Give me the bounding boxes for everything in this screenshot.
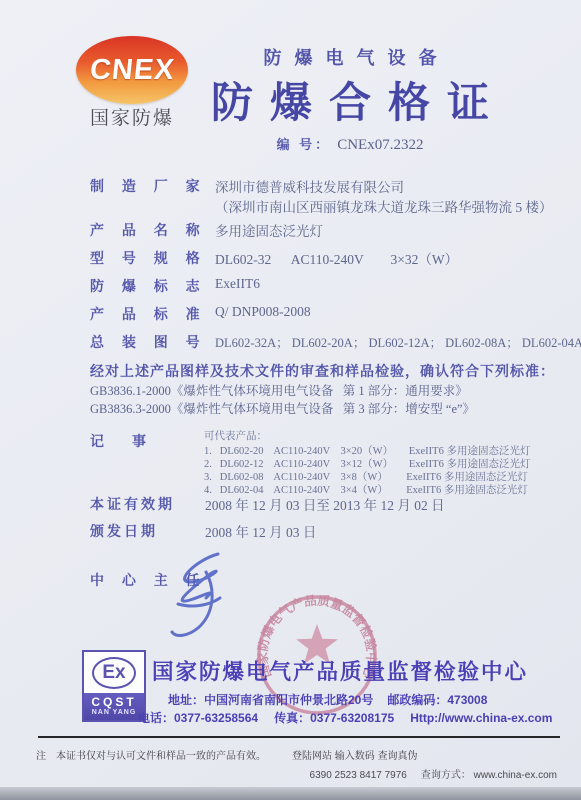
certificate-number-row: 编 号：CNEx07.2322 <box>175 134 525 154</box>
standards-intro: 经对上述产品图样及技术文件的审查和样品检验，确认符合下列标准： <box>90 361 555 381</box>
website-text: Http://www.china-ex.com <box>410 711 552 725</box>
model-spec-label: 型 号 规 格 <box>90 248 207 268</box>
nanyang-text: NAN YANG <box>92 708 137 717</box>
product-standard-value: Q/ DNP008-2008 <box>215 304 311 320</box>
certificate-page: CNEX 国家防爆 防爆电气设备 防爆合格证 编 号：CNEx07.2322 制… <box>0 0 581 800</box>
verification-code-row: 6390 2523 8417 7976查询方式： www.china-ex.co… <box>296 766 557 781</box>
cnex-logo-text: CNEX <box>88 54 176 87</box>
address-text: 地址：中国河南省南阳市仲景北路20号 <box>168 693 373 707</box>
address-row: 地址：中国河南省南阳市仲景北路20号邮政编码：473008 <box>168 691 501 708</box>
ex-marking-label: 防 爆 标 志 <box>90 276 207 296</box>
inspection-center-name: 国家防爆电气产品质量监督检验中心 <box>152 655 562 686</box>
product-name-value: 多用途固态泛光灯 <box>215 220 323 240</box>
issue-date-value: 2008 年 12 月 03 日 <box>205 521 316 541</box>
product-standard-label: 产 品 标 准 <box>90 304 207 324</box>
assembly-no-value: DL602-32A； DL602-20A； DL602-12A； DL602-0… <box>215 333 581 351</box>
standard-item-1: GB3836.1-2000《爆炸性气体环境用电气设备 第 1 部分：通用要求》 <box>90 381 468 399</box>
contact-row: 电话：0377-63258564传真：0377-63208175Http://w… <box>138 709 568 726</box>
issue-date-label: 颁发日期 <box>90 521 158 541</box>
phone-text: 电话：0377-63258564 <box>138 711 258 725</box>
verify-hint: 登陆网站 输入数码 查询真伪 <box>292 751 418 762</box>
notes-label: 记 事 <box>90 431 153 451</box>
cqst-band: CQST NAN YANG <box>84 693 144 720</box>
certificate-subtitle: 防爆电气设备 <box>200 44 500 70</box>
cqst-text: CQST <box>91 696 136 708</box>
manufacturer-address: （深圳市南山区西丽镇龙珠大道龙珠三路华强物流 5 楼） <box>215 196 553 216</box>
fax-text: 传真：0377-63208175 <box>274 711 394 725</box>
manufacturer-value: 深圳市德普威科技发展有限公司 <box>215 176 404 196</box>
assembly-no-label: 总 装 图 号 <box>90 332 207 352</box>
footer-divider <box>38 736 560 738</box>
query-method: 查询方式： www.china-ex.com <box>421 770 557 781</box>
model-spec-value: DL602-32 AC110-240V 3×32（W） <box>215 248 458 268</box>
cnex-logo-icon: CNEX <box>76 36 188 104</box>
manufacturer-label: 制 造 厂 家 <box>90 176 207 196</box>
validity-label: 本证有效期 <box>90 494 175 514</box>
certificate-number-value: CNEx07.2322 <box>337 137 423 153</box>
certificate-title: 防爆合格证 <box>175 70 525 130</box>
ex-logo-text: Ex <box>102 662 125 684</box>
notes-intro: 可代表产品： <box>204 428 267 443</box>
cqst-ex-logo: Ex CQST NAN YANG <box>82 650 146 722</box>
certificate-number-label: 编 号： <box>277 137 332 152</box>
validity-note-row: 注 本证书仅对与认可文件和样品一致的产品有效。登陆网站 输入数码 查询真伪 <box>36 747 444 762</box>
validity-value: 2008 年 12 月 03 日至 2013 年 12 月 02 日 <box>205 494 445 514</box>
validity-note: 注 本证书仅对与认可文件和样品一致的产品有效。 <box>36 751 266 762</box>
ex-marking-value: ExeIIT6 <box>215 276 260 292</box>
product-name-label: 产 品 名 称 <box>90 220 207 240</box>
ex-oval-icon: Ex <box>92 657 136 689</box>
verification-code: 6390 2523 8417 7976 <box>310 770 407 781</box>
standard-item-2: GB3836.3-2000《爆炸性气体环境用电气设备 第 3 部分：增安型 “e… <box>90 399 475 417</box>
postcode-text: 邮政编码：473008 <box>387 693 487 707</box>
